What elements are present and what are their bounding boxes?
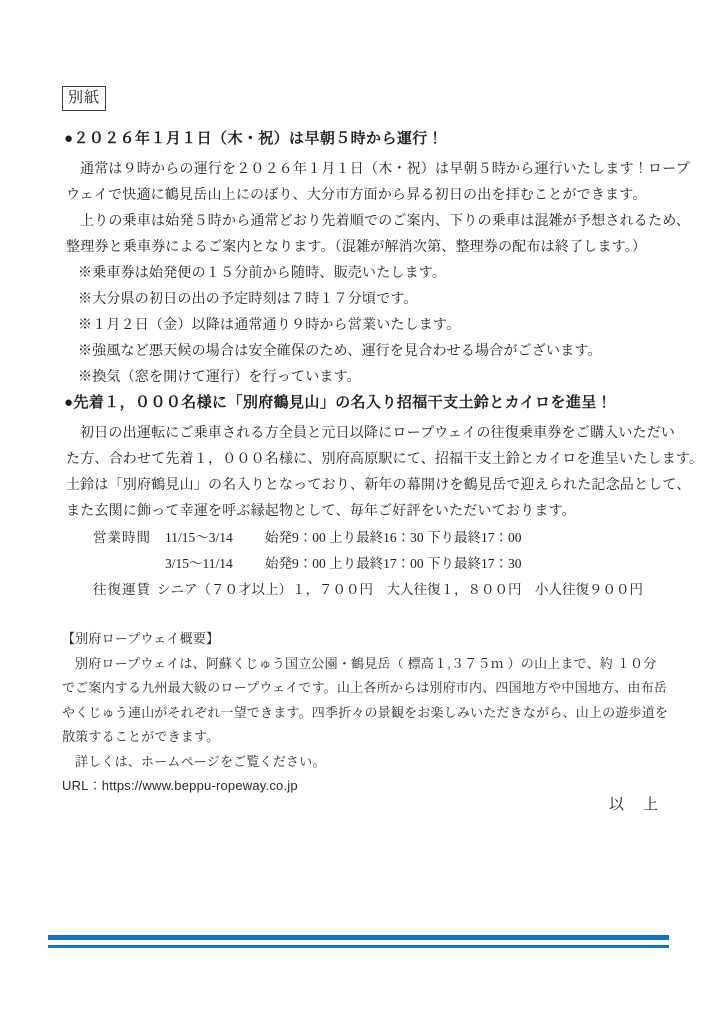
hours-period: 11/15～3/14 xyxy=(165,525,253,551)
overview-line: やくじゅう連山がそれぞれ一望できます。四季折々の景観をお楽しみいただきながら、山… xyxy=(62,701,676,726)
paragraph-line: 通常は９時からの運行を２０２６年１月１日（木・祝）は早朝５時から運行いたします！… xyxy=(66,157,668,183)
section2-heading: ●先着１，０００名様に「別府鶴見山」の名入り招福干支土鈴とカイロを進呈！ xyxy=(64,393,724,414)
document-page: 別紙 ●２０２６年１月１日（木・祝）は早朝５時から運行！ 通常は９時からの運行を… xyxy=(0,0,724,1024)
section1-paragraph: 通常は９時からの運行を２０２６年１月１日（木・祝）は早朝５時から運行いたします！… xyxy=(66,157,668,261)
fare-label: 往復運賃 xyxy=(93,577,153,603)
section1-heading: ●２０２６年１月１日（木・祝）は早朝５時から運行！ xyxy=(64,129,724,150)
fare-row: 往復運賃 シニア（７０才以上）１，７００円 大人往復１，８００円 小人往復９００… xyxy=(93,577,724,603)
paragraph-line: 上りの乗車は始発５時から通常どおり先着順でのご案内、下りの乗車は混雑が予想される… xyxy=(66,209,668,235)
company-overview-section: 【別府ロープウェイ概要】 別府ロープウェイは、阿蘇くじゅう国立公園・鶴見岳（ 標… xyxy=(62,627,676,799)
hours-row-summer: 3/15～11/14 始発9：00 上り最終17：00 下り最終17：30 xyxy=(93,551,724,577)
hours-fare-block: 営業時間 11/15～3/14 始発9：00 上り最終16：30 下り最終17：… xyxy=(93,525,724,603)
footer-double-rule xyxy=(48,935,669,948)
hours-label: 営業時間 xyxy=(93,525,153,551)
hours-period: 3/15～11/14 xyxy=(165,551,253,577)
note-line: ※換気（窓を開けて運行）を行っています。 xyxy=(78,365,724,391)
section2-paragraph: 初日の出運転にご乗車される方全員と元日以降にロープウェイの往復乗車券をご購入いた… xyxy=(66,421,668,525)
note-line: ※強風など悪天候の場合は安全確保のため、運行を見合わせる場合がございます。 xyxy=(78,339,724,365)
note-line: ※乗車券は始発便の１５分前から随時、販売いたします。 xyxy=(78,261,724,287)
attachment-tag-label: 別紙 xyxy=(68,90,100,106)
note-line: ※大分県の初日の出の予定時刻は７時１７分頃です。 xyxy=(78,287,724,313)
overview-line: 別府ロープウェイは、阿蘇くじゅう国立公園・鶴見岳（ 標高１,３７５ｍ ）の山上ま… xyxy=(62,652,676,677)
hours-row-winter: 営業時間 11/15～3/14 始発9：00 上り最終16：30 下り最終17：… xyxy=(93,525,724,551)
note-line: ※１月２日（金）以降は通常通り９時から営業いたします。 xyxy=(78,313,724,339)
section1-notes-list: ※乗車券は始発便の１５分前から随時、販売いたします。 ※大分県の初日の出の予定時… xyxy=(78,261,724,391)
attachment-tag-box: 別紙 xyxy=(62,86,106,111)
overview-line: 散策することができます。 xyxy=(62,725,676,750)
overview-line: でご案内する九州最大級のロープウェイです。山上各所からは別府市内、四国地方や中国… xyxy=(62,676,676,701)
paragraph-line: 整理券と乗車券によるご案内となります。（混雑が解消次第、整理券の配布は終了します… xyxy=(66,235,668,261)
paragraph-line: 初日の出運転にご乗車される方全員と元日以降にロープウェイの往復乗車券をご購入いた… xyxy=(66,421,668,447)
paragraph-line: また玄関に飾って幸運を呼ぶ縁起物として、毎年ご好評をいただいております。 xyxy=(66,499,668,525)
fare-detail: シニア（７０才以上）１，７００円 大人往復１，８００円 小人往復９００円 xyxy=(157,577,643,603)
footer-rule-thick xyxy=(48,935,669,940)
homepage-note: 詳しくは、ホームページをご覧ください。 xyxy=(62,750,676,775)
paragraph-line: ウェイで快適に鶴見岳山上にのぼり、大分市方面から昇る初日の出を拝むことができます… xyxy=(66,183,668,209)
paragraph-line: た方、合わせて先着１，０００名様に、別府高原駅にて、招福干支土鈴とカイロを進呈い… xyxy=(66,447,668,473)
hours-label-spacer xyxy=(93,551,153,577)
hours-detail: 始発9：00 上り最終16：30 下り最終17：00 xyxy=(265,525,522,551)
paragraph-line: 土鈴は「別府鶴見山」の名入りとなっており、新年の幕開けを鶴見岳で迎えられた記念品… xyxy=(66,473,668,499)
footer-rule-thin xyxy=(48,945,669,948)
overview-heading: 【別府ロープウェイ概要】 xyxy=(62,627,676,652)
hours-detail: 始発9：00 上り最終17：00 下り最終17：30 xyxy=(265,551,522,577)
